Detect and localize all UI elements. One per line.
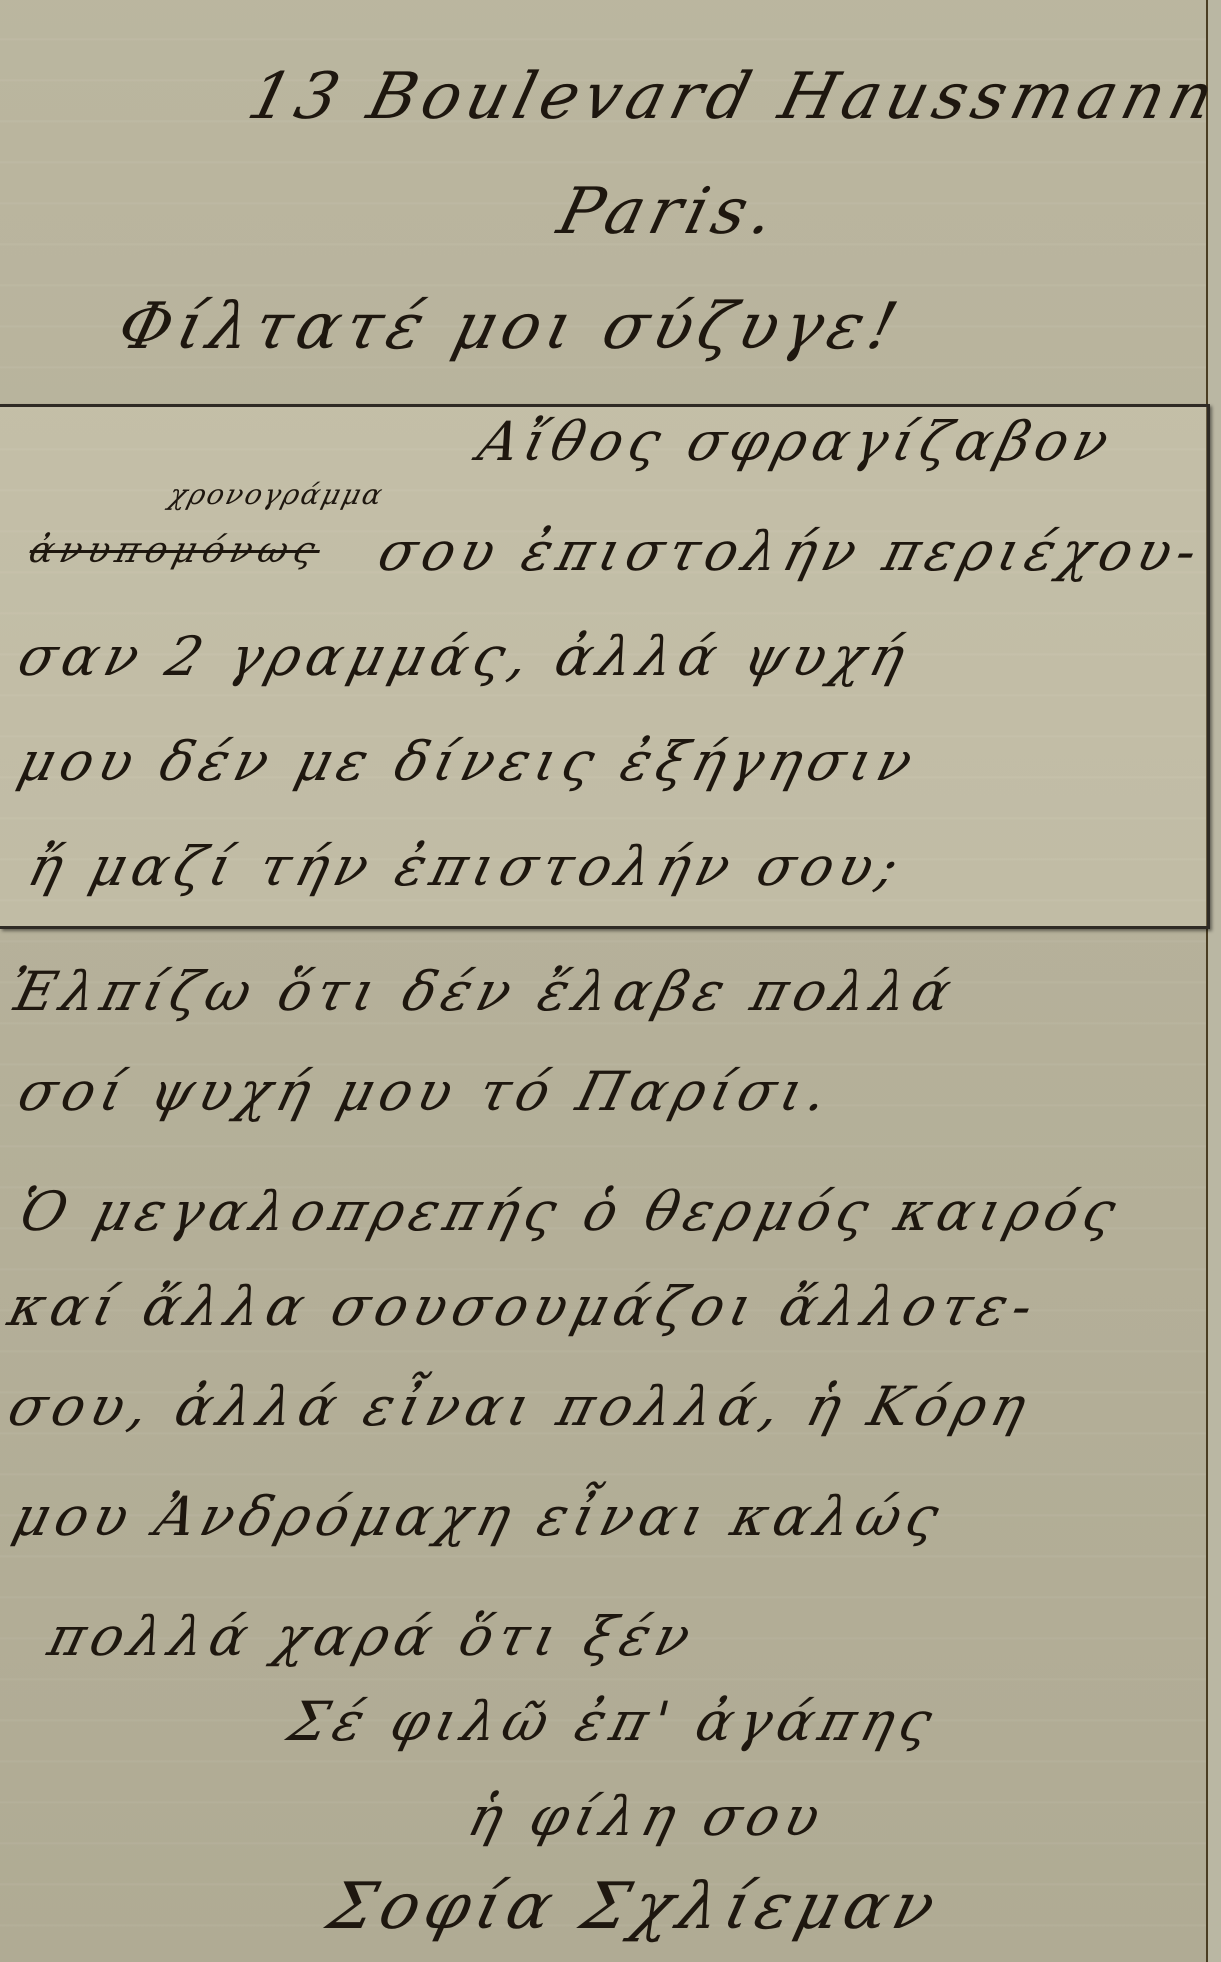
letter-line-8: Ὁ μεγαλοπρεπής ὁ θερμός καιρός bbox=[12, 1180, 1128, 1243]
letter-line-7: σοί ψυχή μου τό Παρίσι. bbox=[12, 1060, 840, 1123]
letter-line-2: σου ἐπιστολήν περιέχου- bbox=[372, 520, 1209, 583]
letter-line-10: σου, ἀλλά εἶναι πολλά, ἡ Κόρη bbox=[2, 1375, 1038, 1438]
address-line: 13 Boulevard Haussmann bbox=[241, 60, 1221, 134]
struck-word: ἀνυπομόνως bbox=[25, 530, 325, 571]
signature: Σοφία Σχλίεμαν bbox=[321, 1870, 948, 1944]
city-line: Paris. bbox=[551, 175, 788, 249]
salutation: Φίλτατέ μοι σύζυγε! bbox=[111, 290, 910, 364]
page-edge bbox=[1208, 0, 1221, 1962]
letter-line-1: Αἴθος σφραγίζαβον bbox=[472, 410, 1121, 473]
closing-line-2: ἡ φίλη σου bbox=[462, 1785, 832, 1848]
letter-line-6: Ἐλπίζω ὅτι δέν ἔλαβε πολλά bbox=[2, 960, 963, 1023]
closing-line: Σέ φιλῶ ἐπ' ἀγάπης bbox=[282, 1690, 944, 1753]
letter-line-3: σαν 2 γραμμάς, ἀλλά ψυχή bbox=[12, 625, 917, 688]
letter-line-12: πολλά χαρά ὅτι ξέν bbox=[42, 1605, 703, 1668]
letter-line-4: μου δέν με δίνεις ἐξήγησιν bbox=[12, 730, 925, 793]
letter-line-5: ἤ μαζί τήν ἐπιστολήν σου; bbox=[22, 835, 910, 898]
letter-line-9: καί ἄλλα σουσουμάζοι ἄλλοτε- bbox=[2, 1275, 1045, 1338]
insertion-text: χρονογράμμα bbox=[166, 478, 388, 511]
letter-line-11: μου Ἀνδρόμαχη εἶναι καλώς bbox=[7, 1485, 951, 1548]
